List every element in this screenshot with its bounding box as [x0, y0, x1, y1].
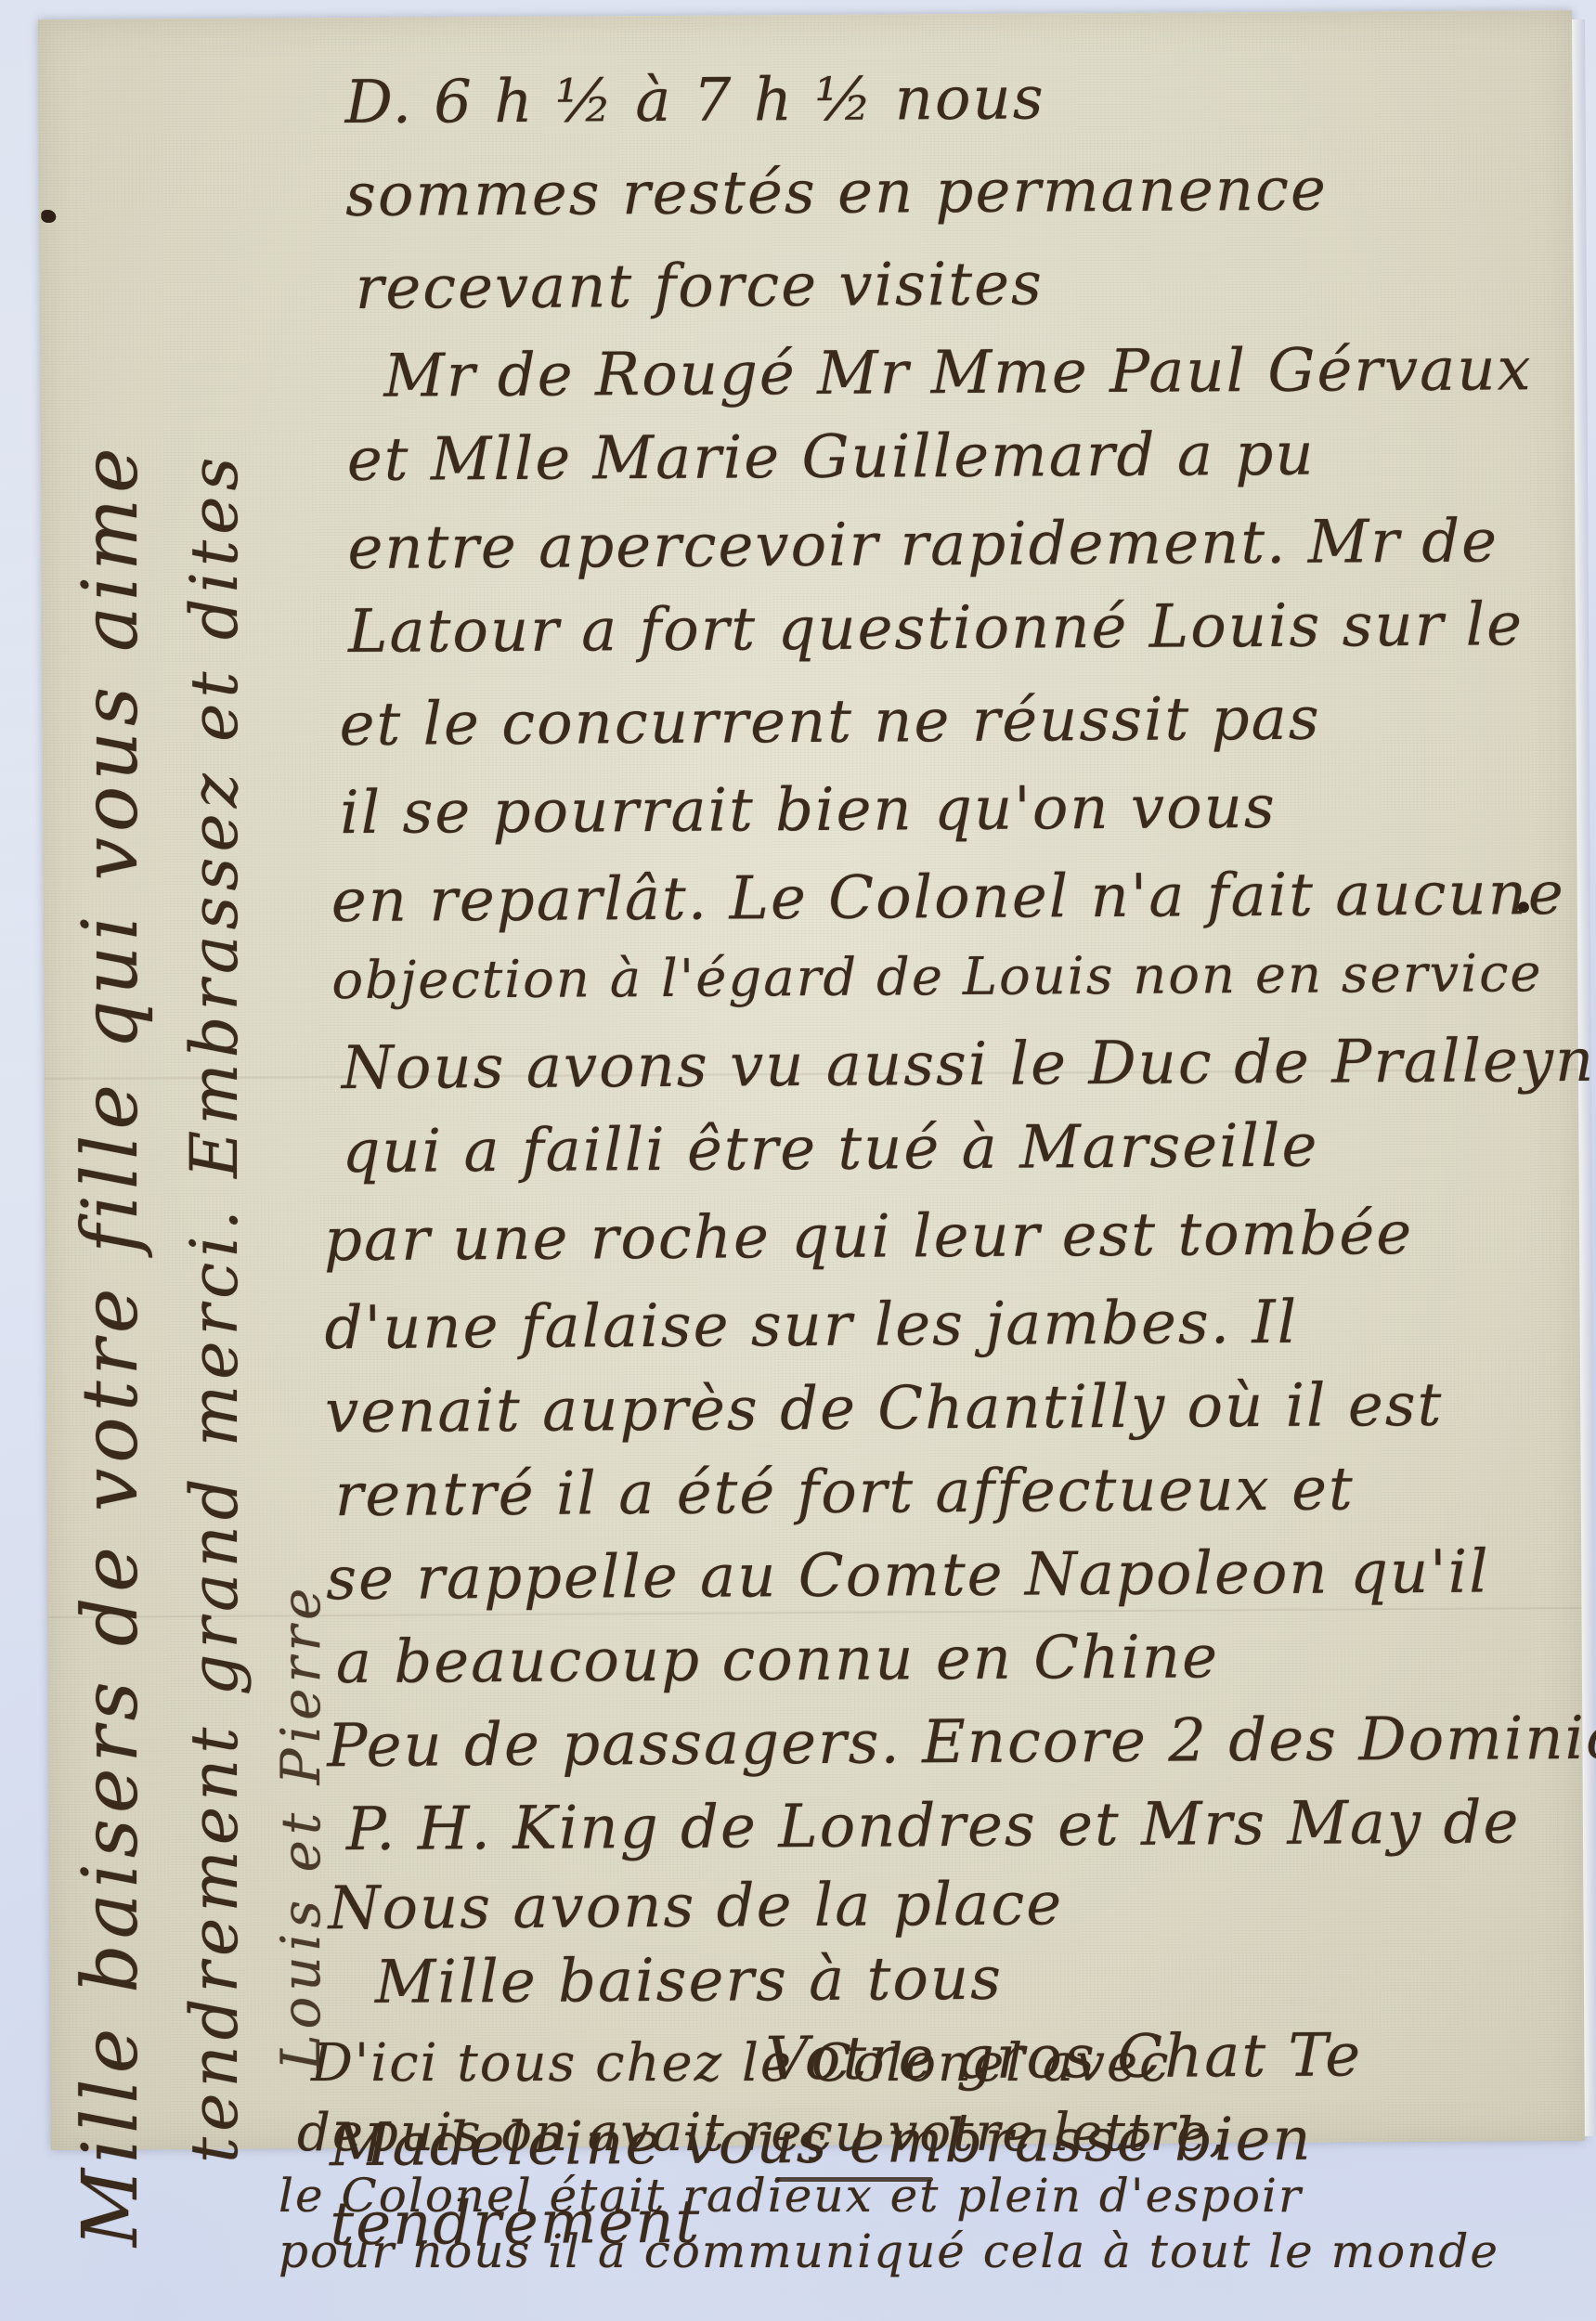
letter-line: sommes restés en permanence	[345, 161, 1328, 226]
letter-line: depuis on avait reçu votre lettre,	[297, 2107, 1227, 2159]
letter-line: a beaucoup connu en Chine	[336, 1627, 1220, 1692]
letter-line: Nous avons vu aussi le Duc de Pralleyne	[342, 1031, 1596, 1098]
margin-note: Mille baisers de votre fille qui vous ai…	[67, 442, 155, 2247]
letter-line: Peu de passagers. Encore 2 des Dominicai…	[327, 1708, 1596, 1776]
letter-line: en reparlât. Le Colonel n'a fait aucune	[331, 864, 1565, 931]
underline-mark	[775, 2177, 933, 2182]
letter-line: il se pourrait bien qu'on vous	[340, 778, 1277, 843]
letter-line: objection à l'égard de Louis non en serv…	[331, 948, 1543, 1007]
margin-note: Louis et Pierre	[269, 1583, 332, 2070]
letter-line: Nous avons de la place	[328, 1874, 1063, 1938]
letter-line: Mr de Rougé Mr Mme Paul Gérvaux	[383, 340, 1533, 407]
letter-line: entre apercevoir rapidement. Mr de	[347, 512, 1499, 578]
letter-line: et Mlle Marie Guillemard a pu	[347, 425, 1316, 490]
letter-line: Mille baisers à tous	[375, 1950, 1003, 2013]
letter-line: pour nous il a communiqué cela à tout le…	[279, 2228, 1499, 2275]
letter-line: D. 6 h ½ à 7 h ½ nous	[344, 69, 1045, 133]
letter-line: se rappelle au Comte Napoleon qu'il	[326, 1543, 1490, 1610]
letter-line: venait auprès de Chantilly où il est	[325, 1376, 1443, 1442]
letter-line: et le concurrent ne réussit pas	[339, 690, 1320, 755]
letter-line: par une roche qui leur est tombée	[324, 1204, 1413, 1270]
letter-line: Latour a fort questionné Louis sur le	[348, 595, 1524, 662]
letter-line: D'ici tous chez le Colonel avec	[311, 2038, 1170, 2090]
ink-blot	[41, 210, 56, 223]
letter-line: qui a failli être tué à Marseille	[342, 1117, 1318, 1182]
margin-note: tendrement grand merci. Embrassez et dit…	[176, 452, 253, 2163]
letter-line: P. H. King de Londres et Mrs May de	[346, 1793, 1521, 1860]
letter-line: d'une falaise sur les jambes. Il	[324, 1293, 1298, 1358]
letter-line: rentré il a été fort affectueux et	[335, 1459, 1355, 1525]
letter-line: recevant force visites	[356, 254, 1044, 318]
